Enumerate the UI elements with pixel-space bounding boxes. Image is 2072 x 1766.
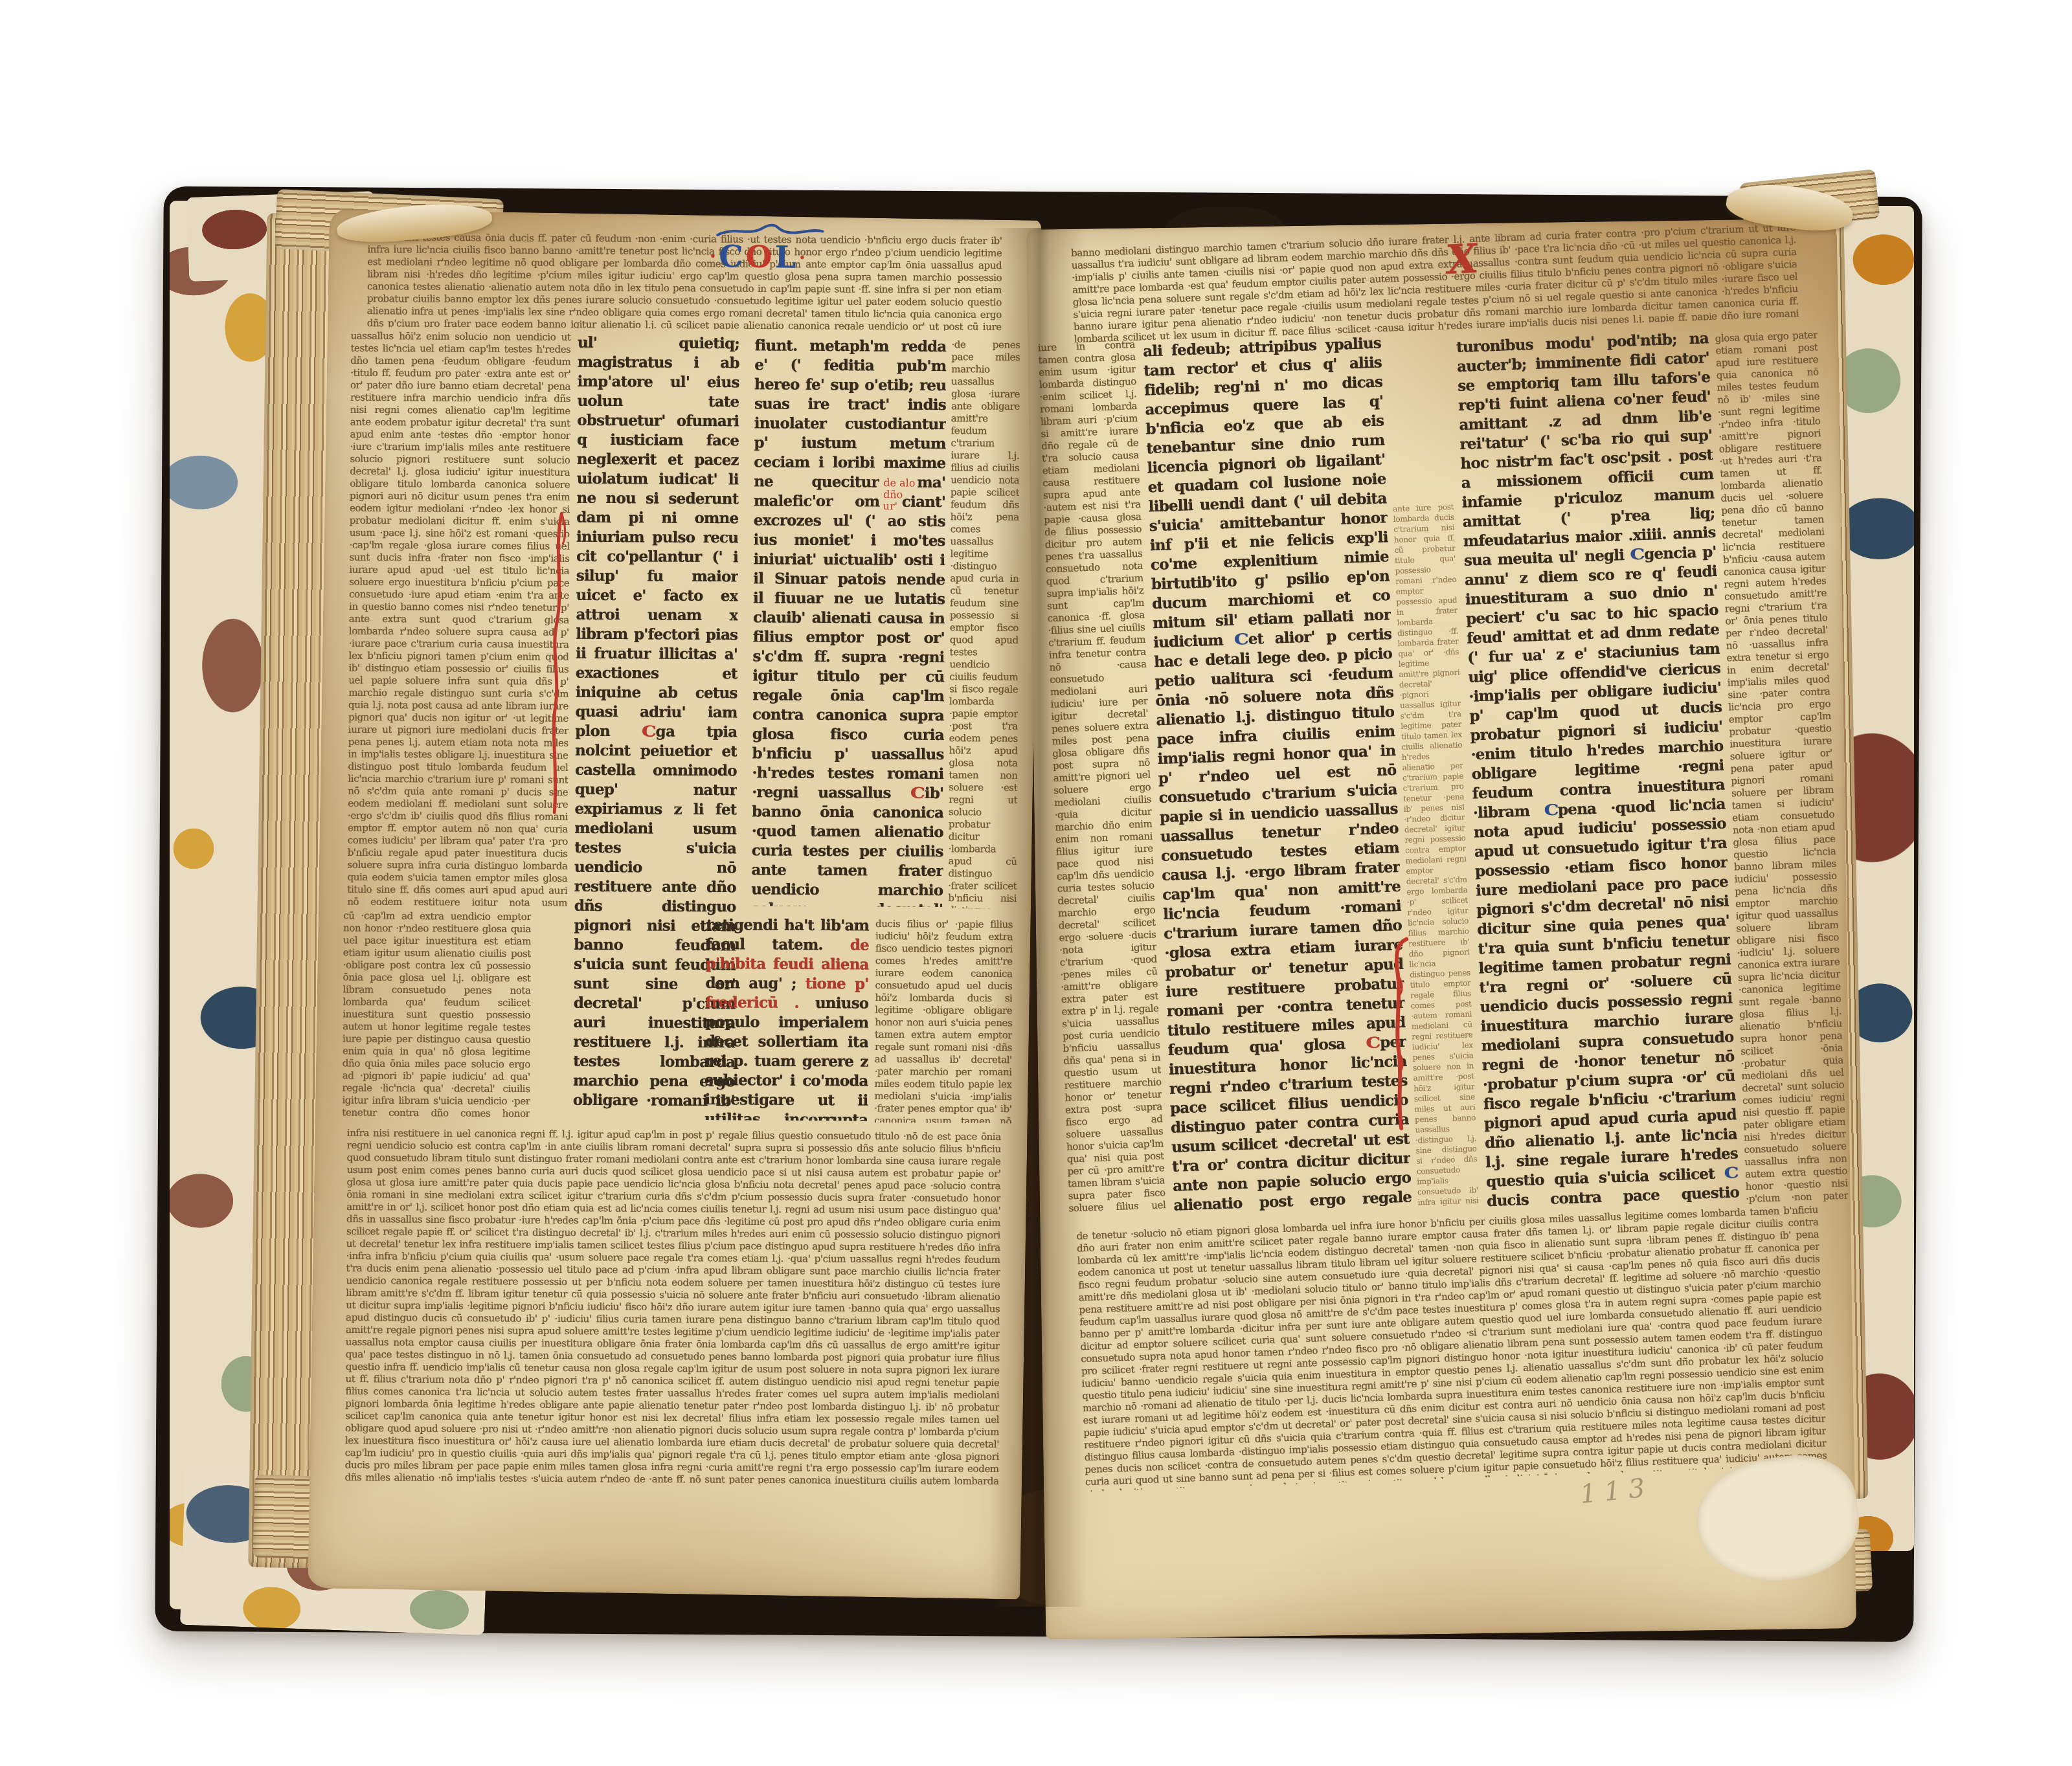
red-pen-flourish-intercolumn [1390, 937, 1412, 1131]
left-page-lower-left-gloss: cū ·cap'lm ad extra uendicio emptor non … [342, 910, 531, 1118]
folio-number: 113 [1579, 1473, 1654, 1510]
chapter-text-mid: dem aug' ; [706, 974, 796, 992]
left-page-chapter-block-imperialem: retigendi ha't lib'am facul tatem. de p'… [704, 915, 869, 1121]
left-page-bottom-gloss-block: infra nisi restituere in uel canonica re… [345, 1127, 1001, 1486]
running-title-letter-l: L [774, 240, 799, 276]
photo-backdrop: { "artifact": { "kind_label": "Medieval … [0, 0, 2072, 1766]
running-title-col: ·COL· [709, 239, 852, 276]
left-page-verso[interactable]: ·COL· etiam sunt testes causa ōnia duci… [308, 209, 1041, 1599]
book-number-numeral-x: X [1444, 234, 1480, 283]
right-page-main-text-column-2: turonibus modu' pod'ntib; na aucter'b; i… [1456, 329, 1740, 1210]
left-page-inner-gloss-sliver: ·de penes pace miles marchio uassallus g… [948, 339, 1020, 909]
chapter-text-before-rubric: retigendi ha't lib'am facul tatem. [706, 916, 869, 954]
left-page-lower-right-gloss: ducis filius or' ·papie filius iudiciu' … [874, 918, 1013, 1123]
red-marginal-note-line: ur' [883, 500, 941, 513]
right-page-top-gloss: banno mediolani distinguo marchio tamen … [1071, 221, 1799, 343]
right-page-bottom-gloss-block: de tenetur ·solucio nō etiam pignori glo… [1076, 1203, 1827, 1492]
left-page-outer-gloss-column: uassallus hōi'z enim solucio non uendic… [347, 330, 570, 906]
left-page-top-gloss: etiam sunt testes causa ōnia ducis ff. … [367, 231, 1002, 331]
chapter-text-body: uniuso populo imperialem decet sollertia… [704, 994, 868, 1121]
right-page-recto[interactable]: X banno mediolani distinguo marchio tame… [1026, 218, 1856, 1639]
flank-mark-right: · [798, 247, 808, 269]
running-title-letter-o: O [745, 240, 775, 276]
running-title-letter-c: C [719, 239, 746, 275]
flank-mark-left: · [709, 245, 719, 268]
right-page-main-text-column-1: ali fedeub; attripibus ypalius tam recto… [1143, 333, 1412, 1214]
red-marginal-note: de alo dño ur' [883, 477, 942, 513]
left-page-main-text-column-2: fiunt. metaph'm redda e' (' feditia pub'… [751, 336, 946, 907]
